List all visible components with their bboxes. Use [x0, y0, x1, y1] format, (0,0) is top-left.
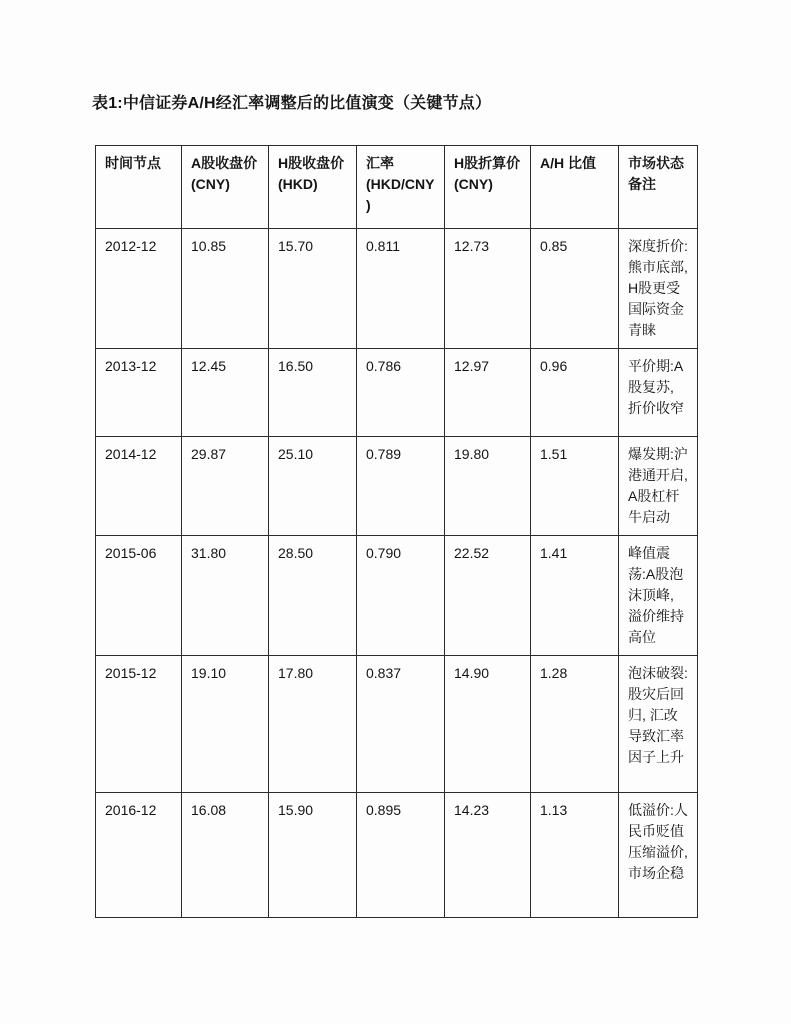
- cell-a-close: 16.08: [182, 793, 269, 918]
- table-row: 2015-06 31.80 28.50 0.790 22.52 1.41 峰值震…: [96, 536, 698, 656]
- cell-h-close: 16.50: [269, 349, 357, 437]
- cell-h-close: 25.10: [269, 437, 357, 536]
- cell-fx-rate: 0.895: [357, 793, 445, 918]
- cell-a-close: 10.85: [182, 229, 269, 349]
- cell-remark: 爆发期:沪港通开启, A股杠杆牛启动: [619, 437, 698, 536]
- table-row: 2016-12 16.08 15.90 0.895 14.23 1.13 低溢价…: [96, 793, 698, 918]
- table-header-row: 时间节点 A股收盘价 (CNY) H股收盘价 (HKD) 汇率 (HKD/CNY…: [96, 146, 698, 229]
- cell-ah-ratio: 1.41: [531, 536, 619, 656]
- cell-date: 2014-12: [96, 437, 182, 536]
- col-header-remark: 市场状态备注: [619, 146, 698, 229]
- table-title: 表1:中信证券A/H经汇率调整后的比值演变（关键节点）: [92, 90, 491, 113]
- cell-h-close: 15.70: [269, 229, 357, 349]
- cell-ah-ratio: 1.51: [531, 437, 619, 536]
- cell-a-close: 29.87: [182, 437, 269, 536]
- cell-remark: 峰值震荡:A股泡沫顶峰, 溢价维持高位: [619, 536, 698, 656]
- cell-a-close: 12.45: [182, 349, 269, 437]
- cell-remark: 低溢价:人民币贬值压缩溢价, 市场企稳: [619, 793, 698, 918]
- table-row: 2015-12 19.10 17.80 0.837 14.90 1.28 泡沫破…: [96, 656, 698, 793]
- cell-a-close: 31.80: [182, 536, 269, 656]
- col-header-time: 时间节点: [96, 146, 182, 229]
- cell-fx-rate: 0.837: [357, 656, 445, 793]
- cell-fx-rate: 0.790: [357, 536, 445, 656]
- col-header-h-close: H股收盘价 (HKD): [269, 146, 357, 229]
- table-row: 2013-12 12.45 16.50 0.786 12.97 0.96 平价期…: [96, 349, 698, 437]
- cell-date: 2015-06: [96, 536, 182, 656]
- table-row: 2014-12 29.87 25.10 0.789 19.80 1.51 爆发期…: [96, 437, 698, 536]
- cell-date: 2013-12: [96, 349, 182, 437]
- table-row: 2012-12 10.85 15.70 0.811 12.73 0.85 深度折…: [96, 229, 698, 349]
- col-header-fx-rate: 汇率 (HKD/CNY): [357, 146, 445, 229]
- cell-h-converted: 19.80: [445, 437, 531, 536]
- cell-remark: 深度折价:熊市底部, H股更受国际资金青睐: [619, 229, 698, 349]
- cell-ah-ratio: 0.96: [531, 349, 619, 437]
- cell-h-close: 17.80: [269, 656, 357, 793]
- cell-h-converted: 14.90: [445, 656, 531, 793]
- cell-date: 2015-12: [96, 656, 182, 793]
- cell-fx-rate: 0.786: [357, 349, 445, 437]
- cell-fx-rate: 0.811: [357, 229, 445, 349]
- cell-a-close: 19.10: [182, 656, 269, 793]
- cell-remark: 泡沫破裂:股灾后回归, 汇改导致汇率因子上升: [619, 656, 698, 793]
- cell-ah-ratio: 1.28: [531, 656, 619, 793]
- cell-ah-ratio: 0.85: [531, 229, 619, 349]
- cell-date: 2012-12: [96, 229, 182, 349]
- cell-ah-ratio: 1.13: [531, 793, 619, 918]
- cell-h-converted: 14.23: [445, 793, 531, 918]
- cell-h-close: 15.90: [269, 793, 357, 918]
- cell-h-converted: 12.73: [445, 229, 531, 349]
- cell-h-converted: 22.52: [445, 536, 531, 656]
- col-header-h-converted: H股折算价 (CNY): [445, 146, 531, 229]
- col-header-ah-ratio: A/H 比值: [531, 146, 619, 229]
- document-page: 表1:中信证券A/H经汇率调整后的比值演变（关键节点） 时间节点 A股收盘价 (…: [0, 0, 791, 1024]
- cell-remark: 平价期:A股复苏, 折价收窄: [619, 349, 698, 437]
- cell-date: 2016-12: [96, 793, 182, 918]
- cell-h-converted: 12.97: [445, 349, 531, 437]
- col-header-a-close: A股收盘价 (CNY): [182, 146, 269, 229]
- cell-h-close: 28.50: [269, 536, 357, 656]
- cell-fx-rate: 0.789: [357, 437, 445, 536]
- ah-ratio-table: 时间节点 A股收盘价 (CNY) H股收盘价 (HKD) 汇率 (HKD/CNY…: [95, 145, 698, 918]
